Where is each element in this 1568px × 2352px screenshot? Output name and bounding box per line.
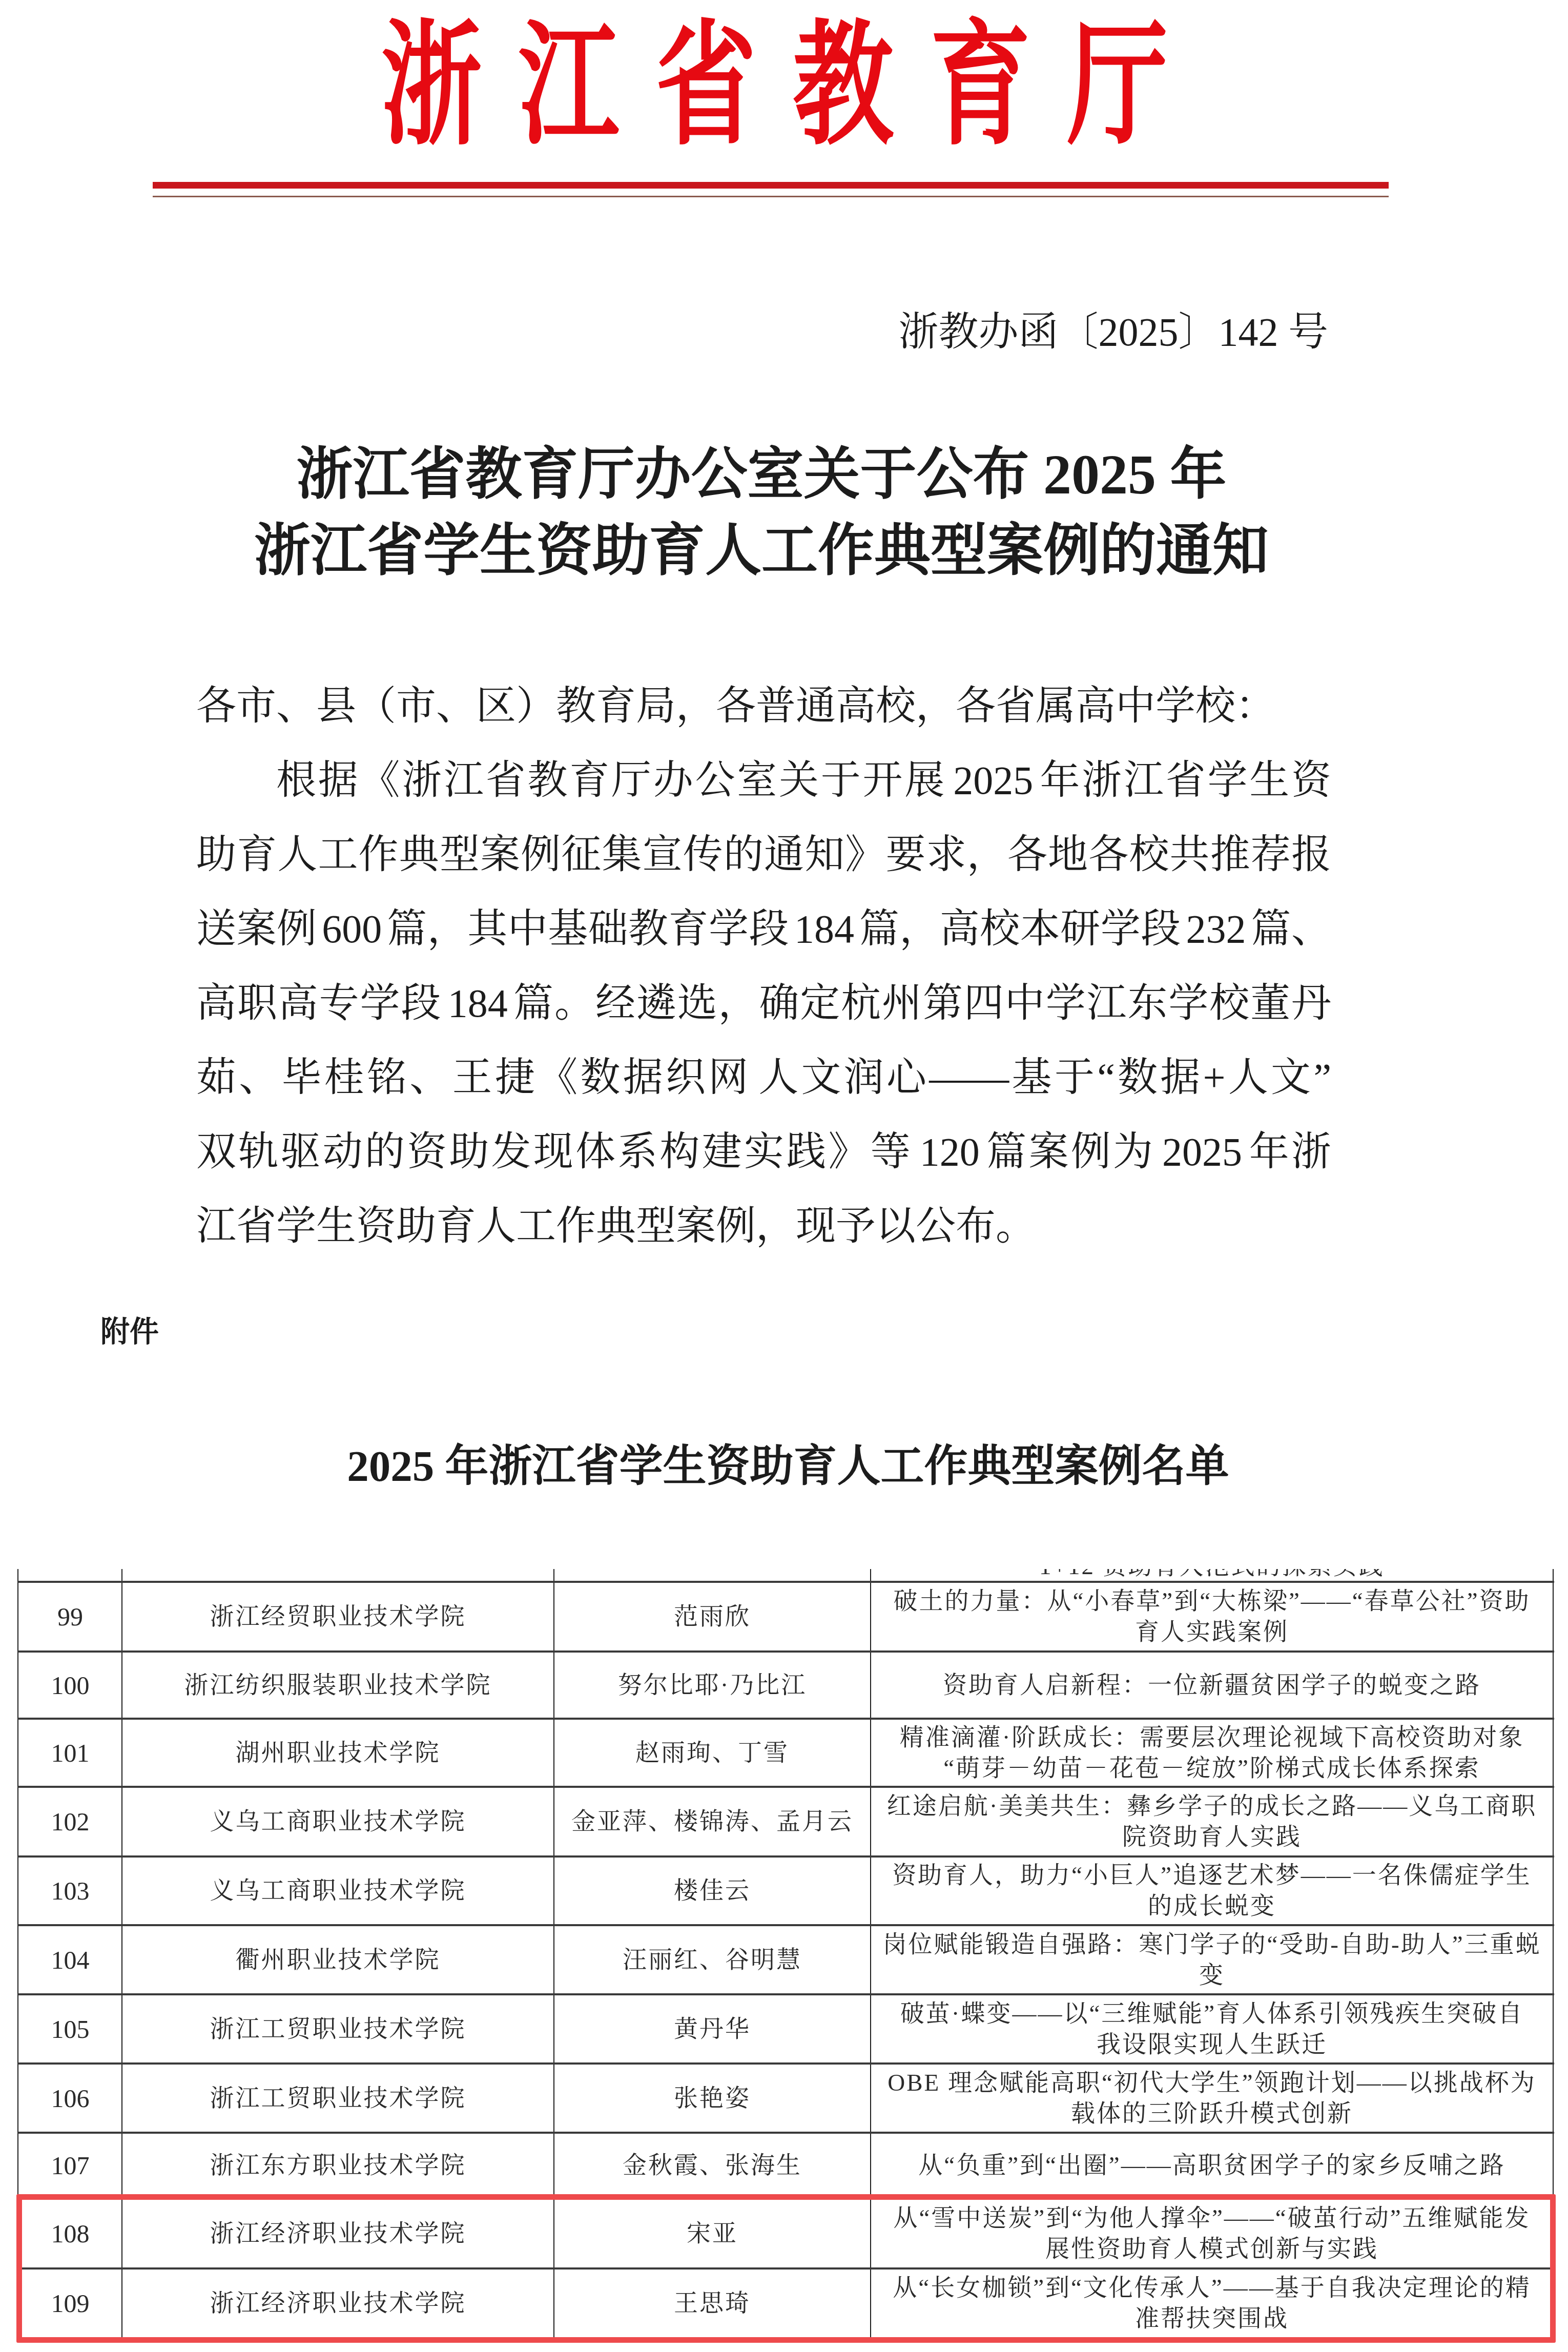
authors-cell: 金秋霞、张海生: [554, 2133, 870, 2198]
paragraph-line: 送案例 600 篇，其中基础教育学段 184 篇，高校本研学段 232 篇、: [196, 892, 1331, 966]
table-row: 101 湖州职业技术学院 赵雨珣、丁雪 精准滴灌·阶跃成长：需要层次理论视域下高…: [0, 1719, 1568, 1787]
case-title-line: 的成长蜕变: [1148, 1891, 1276, 1922]
school-name: 义乌工商职业技术学院: [210, 1875, 466, 1906]
author-names: 金秋霞、张海生: [623, 2150, 802, 2181]
highlight-box: [16, 2194, 1556, 2343]
author-names: 汪丽红、谷明慧: [623, 1945, 802, 1975]
school-name: 浙江东方职业技术学院: [210, 2150, 466, 2181]
row-number-cell: 101: [18, 1719, 122, 1787]
table-row: 103 义乌工商职业技术学院 楼佳云 资助育人，助力“小巨人”追逐艺术梦——一名…: [0, 1856, 1568, 1925]
school-name: 湖州职业技术学院: [236, 1738, 441, 1768]
attachment-label: 附件: [100, 1316, 159, 1348]
paragraph-line: 茹、毕桂铭、王捷《数据织网 人文润心——基于“数据+人文”: [196, 1040, 1331, 1115]
case-list-table: 1+12 资助育人范式的探索实践 99 浙江经贸职业技术学院 范雨欣 破土的力量…: [0, 1569, 1568, 2352]
school-cell: 浙江纺织服装职业技术学院: [122, 1652, 553, 1719]
paragraph-line: 根据《浙江省教育厅办公室关于开展 2025 年浙江省学生资: [196, 743, 1331, 817]
school-cell: 浙江工贸职业技术学院: [122, 2064, 553, 2133]
row-number-cell: 105: [18, 1994, 122, 2064]
salutation: 各市、县（市、区）教育局，各普通高校，各省属高中学校：: [196, 669, 1331, 743]
case-title-line: “萌芽－幼苗－花苞－绽放”阶梯式成长体系探索: [943, 1753, 1480, 1784]
table-row: 106 浙江工贸职业技术学院 张艳姿 OBE 理念赋能高职“初代大学生”领跑计划…: [0, 2064, 1568, 2133]
row-number-cell: 99: [18, 1582, 122, 1652]
row-number-cell: 100: [18, 1652, 122, 1719]
paragraph-line: 江省学生资助育人工作典型案例，现予以公布。: [196, 1189, 1331, 1263]
authors-cell: 金亚萍、楼锦涛、孟月云: [554, 1787, 870, 1856]
author-names: 楼佳云: [674, 1875, 751, 1906]
row-number: 100: [51, 1670, 90, 1701]
row-number: 103: [51, 1875, 90, 1906]
notice-body: 各市、县（市、区）教育局，各普通高校，各省属高中学校： 根据《浙江省教育厅办公室…: [196, 669, 1331, 1263]
notice-title-line-1: 浙江省教育厅办公室关于公布 2025 年: [0, 437, 1523, 513]
case-title-line: 院资助育人实践: [1122, 1822, 1302, 1852]
row-number-cell: 102: [18, 1787, 122, 1856]
document-page: 浙江省教育厅 浙教办函〔2025〕142 号 浙江省教育厅办公室关于公布 202…: [0, 0, 1568, 2352]
case-title-line: 变: [1199, 1960, 1225, 1991]
author-names: 金亚萍、楼锦涛、孟月云: [571, 1806, 853, 1837]
author-names: 赵雨珣、丁雪: [635, 1738, 789, 1768]
row-number: 105: [51, 2014, 90, 2045]
table-row: 107 浙江东方职业技术学院 金秋霞、张海生 从“负重”到“出圈”——高职贫困学…: [0, 2133, 1568, 2198]
row-number-cell: 103: [18, 1856, 122, 1925]
case-title-cell: OBE 理念赋能高职“初代大学生”领跑计划——以挑战杯为 载体的三阶跃升模式创新: [871, 2064, 1553, 2133]
author-names: 范雨欣: [674, 1601, 751, 1632]
row-number: 106: [51, 2083, 90, 2114]
row-number-cell: 104: [18, 1925, 122, 1994]
school-cell: 浙江经贸职业技术学院: [122, 1582, 553, 1652]
row-number-cell: 106: [18, 2064, 122, 2133]
authors-cell: 张艳姿: [554, 2064, 870, 2133]
document-number: 浙教办函〔2025〕142 号: [898, 309, 1328, 355]
table-row-clipped: 1+12 资助育人范式的探索实践: [0, 1569, 1568, 1581]
authors-cell: 汪丽红、谷明慧: [554, 1925, 870, 1994]
case-title-line: 从“负重”到“出圈”——高职贫困学子的家乡反哺之路: [918, 2150, 1505, 2181]
authors-cell: 楼佳云: [554, 1856, 870, 1925]
authors-cell: 努尔比耶·乃比江: [554, 1652, 870, 1719]
case-title-cell: 资助育人启新程：一位新疆贫困学子的蜕变之路: [871, 1652, 1553, 1719]
authors-cell: 赵雨珣、丁雪: [554, 1719, 870, 1787]
authors-cell: 范雨欣: [554, 1582, 870, 1652]
school-cell: 浙江东方职业技术学院: [122, 2133, 553, 2198]
case-title-text: 1+12 资助育人范式的探索实践: [871, 1569, 1553, 1581]
notice-title: 浙江省教育厅办公室关于公布 2025 年 浙江省学生资助育人工作典型案例的通知: [0, 437, 1523, 589]
row-number: 99: [57, 1601, 83, 1632]
paragraph-line: 高职高专学段 184 篇。经遴选，确定杭州第四中学江东学校董丹: [196, 966, 1331, 1040]
case-title-line: 我设限实现人生跃迁: [1097, 2029, 1327, 2060]
school-name: 浙江工贸职业技术学院: [210, 2014, 466, 2045]
table-row: 105 浙江工贸职业技术学院 黄丹华 破茧·蝶变——以“三维赋能”育人体系引领残…: [0, 1994, 1568, 2064]
case-title-cell: 破茧·蝶变——以“三维赋能”育人体系引领残疾生突破自 我设限实现人生跃迁: [871, 1994, 1553, 2064]
row-number: 102: [51, 1806, 90, 1837]
case-title-line: 资助育人，助力“小巨人”追逐艺术梦——一名侏儒症学生: [892, 1860, 1532, 1891]
school-cell: 湖州职业技术学院: [122, 1719, 553, 1787]
case-title-line: OBE 理念赋能高职“初代大学生”领跑计划——以挑战杯为: [888, 2068, 1536, 2098]
case-title-cell: 资助育人，助力“小巨人”追逐艺术梦——一名侏儒症学生 的成长蜕变: [871, 1856, 1553, 1925]
table-row: 100 浙江纺织服装职业技术学院 努尔比耶·乃比江 资助育人启新程：一位新疆贫困…: [0, 1652, 1568, 1719]
school-name: 浙江纺织服装职业技术学院: [184, 1670, 492, 1701]
school-cell: 浙江工贸职业技术学院: [122, 1994, 553, 2064]
school-name: 浙江工贸职业技术学院: [210, 2083, 466, 2114]
case-list-title: 2025 年浙江省学生资助育人工作典型案例名单: [0, 1441, 1568, 1492]
paragraph-line: 助育人工作典型案例征集宣传的通知》要求，各地各校共推荐报: [196, 817, 1331, 892]
table-row: 102 义乌工商职业技术学院 金亚萍、楼锦涛、孟月云 红途启航·美美共生：彝乡学…: [0, 1787, 1568, 1856]
school-name: 衢州职业技术学院: [236, 1945, 441, 1975]
case-title-line: 破土的力量：从“小春草”到“大栋梁”——“春草公社”资助: [893, 1586, 1530, 1617]
school-name: 义乌工商职业技术学院: [210, 1806, 466, 1837]
letterhead-red-rule: [153, 182, 1389, 189]
paragraph-line: 双轨驱动的资助发现体系构建实践》等 120 篇案例为 2025 年浙: [196, 1115, 1331, 1189]
school-cell: 衢州职业技术学院: [122, 1925, 553, 1994]
author-names: 黄丹华: [674, 2014, 751, 2045]
case-title-line: 精准滴灌·阶跃成长：需要层次理论视域下高校资助对象: [900, 1722, 1524, 1753]
row-number: 101: [51, 1738, 90, 1768]
table-row: 99 浙江经贸职业技术学院 范雨欣 破土的力量：从“小春草”到“大栋梁”——“春…: [0, 1582, 1568, 1652]
case-title-line: 载体的三阶跃升模式创新: [1071, 2098, 1353, 2129]
notice-title-line-2: 浙江省学生资助育人工作典型案例的通知: [0, 513, 1523, 589]
case-title-line: 红途启航·美美共生：彝乡学子的成长之路——义乌工商职: [887, 1791, 1537, 1822]
case-title-line: 岗位赋能锻造自强路：寒门学子的“受助-自助-助人”三重蜕: [882, 1929, 1541, 1960]
table-row: 104 衢州职业技术学院 汪丽红、谷明慧 岗位赋能锻造自强路：寒门学子的“受助-…: [0, 1925, 1568, 1994]
case-title-cell: 岗位赋能锻造自强路：寒门学子的“受助-自助-助人”三重蜕 变: [871, 1925, 1553, 1994]
case-title-cell: 精准滴灌·阶跃成长：需要层次理论视域下高校资助对象 “萌芽－幼苗－花苞－绽放”阶…: [871, 1719, 1553, 1787]
letterhead-thin-rule: [153, 196, 1389, 197]
school-cell: 义乌工商职业技术学院: [122, 1787, 553, 1856]
author-names: 张艳姿: [674, 2083, 751, 2114]
authors-cell: 黄丹华: [554, 1994, 870, 2064]
case-title-cell: 红途启航·美美共生：彝乡学子的成长之路——义乌工商职 院资助育人实践: [871, 1787, 1553, 1856]
case-title-line: 资助育人启新程：一位新疆贫困学子的蜕变之路: [943, 1670, 1481, 1701]
row-number: 104: [51, 1945, 90, 1975]
author-names: 努尔比耶·乃比江: [618, 1670, 807, 1701]
case-title-line: 育人实践案例: [1135, 1617, 1289, 1647]
school-name: 浙江经贸职业技术学院: [210, 1601, 466, 1632]
case-title-line: 破茧·蝶变——以“三维赋能”育人体系引领残疾生突破自: [900, 1998, 1523, 2029]
case-title-cell: 从“负重”到“出圈”——高职贫困学子的家乡反哺之路: [871, 2133, 1553, 2198]
row-number-cell: 107: [18, 2133, 122, 2198]
case-title-cell: 破土的力量：从“小春草”到“大栋梁”——“春草公社”资助 育人实践案例: [871, 1582, 1553, 1652]
letterhead-org-name: 浙江省教育厅: [381, 17, 1205, 152]
school-cell: 义乌工商职业技术学院: [122, 1856, 553, 1925]
row-number: 107: [51, 2150, 90, 2181]
